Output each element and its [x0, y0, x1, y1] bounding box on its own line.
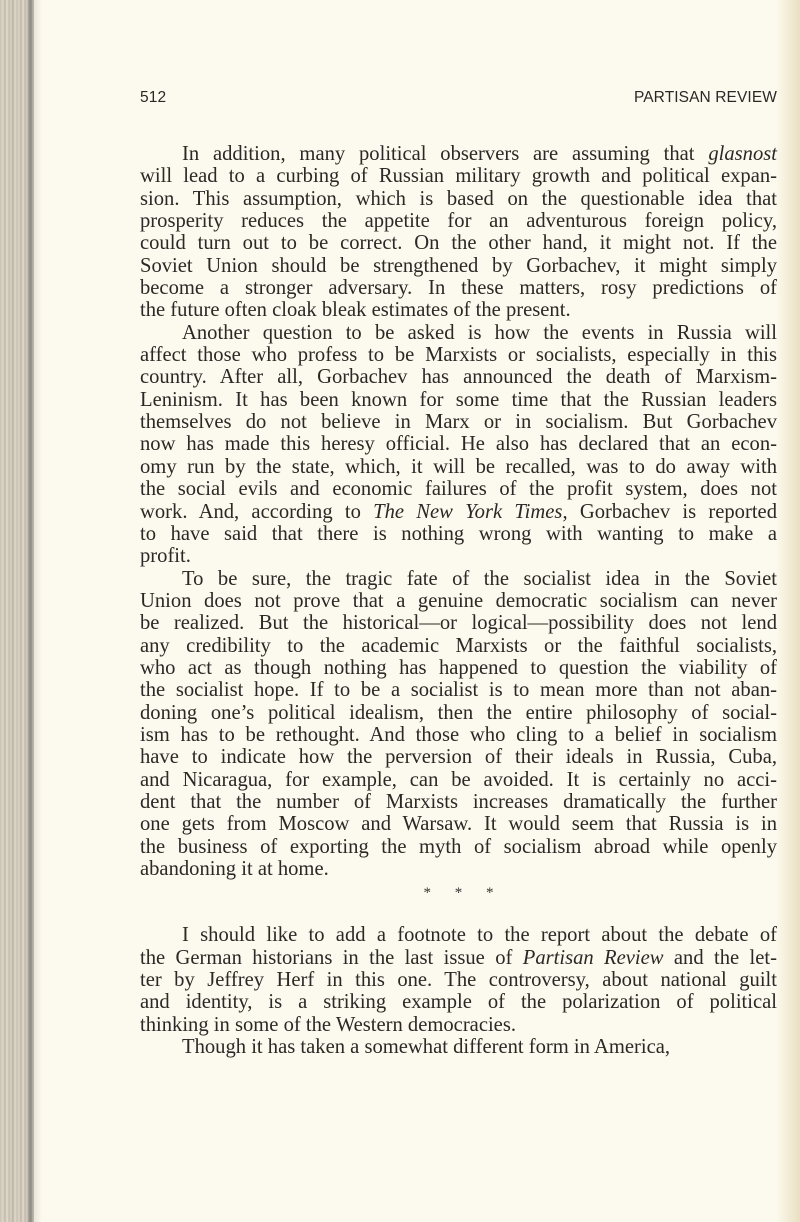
text-run: Soviet Union should be strengthened by G…: [140, 255, 777, 277]
text-line: and Nicaragua, for example, can be avoid…: [140, 769, 777, 791]
text-run: doning one’s political idealism, then th…: [140, 702, 777, 724]
text-run: I should like to add a footnote to the r…: [182, 924, 777, 946]
text-run: profit.: [140, 545, 191, 567]
text-run: Leninism. It has been known for some tim…: [140, 389, 777, 411]
text-run: the future often cloak bleak estimates o…: [140, 299, 571, 321]
text-run: , Gorbachev is reported: [562, 501, 777, 523]
paragraph: In addition, many political observers ar…: [140, 143, 777, 322]
text-run: could turn out to be correct. On the oth…: [140, 232, 777, 254]
text-line: sion. This assumption, which is based on…: [140, 188, 777, 210]
text-line: prosperity reduces the appetite for an a…: [140, 210, 777, 232]
page-number: 512: [140, 89, 166, 107]
article-body: In addition, many political observers ar…: [140, 143, 777, 1058]
paragraph: To be sure, the tragic fate of the socia…: [140, 568, 777, 881]
text-line: any credibility to the academic Marxists…: [140, 635, 777, 657]
text-line: thinking in some of the Western democrac…: [140, 1014, 777, 1036]
italic-title: glasnost: [708, 143, 777, 165]
paragraph: I should like to add a footnote to the r…: [140, 924, 777, 1036]
text-run: Another question to be asked is how the …: [182, 322, 777, 344]
text-run: the business of exporting the myth of so…: [140, 836, 777, 858]
text-line: now has made this heresy official. He al…: [140, 433, 777, 455]
text-run: have to indicate how the perversion of t…: [140, 746, 777, 768]
text-run: the social evils and economic failures o…: [140, 478, 777, 500]
text-run: omy run by the state, which, it will be …: [140, 456, 777, 478]
text-run: any credibility to the academic Marxists…: [140, 635, 777, 657]
text-line: dent that the number of Marxists increas…: [140, 791, 777, 813]
text-line: ism has to be rethought. And those who c…: [140, 724, 777, 746]
text-line: omy run by the state, which, it will be …: [140, 456, 777, 478]
text-line: Leninism. It has been known for some tim…: [140, 389, 777, 411]
text-run: country. After all, Gorbachev has announ…: [140, 366, 777, 388]
text-run: the German historians in the last issue …: [140, 947, 523, 969]
text-line: Another question to be asked is how the …: [140, 322, 777, 344]
text-run: will lead to a curbing of Russian milita…: [140, 165, 777, 187]
text-run: Union does not prove that a genuine demo…: [140, 590, 777, 612]
text-line: abandoning it at home.: [140, 858, 777, 880]
text-line: have to indicate how the perversion of t…: [140, 746, 777, 768]
text-run: who act as though nothing has happened t…: [140, 657, 777, 679]
text-line: themselves do not believe in Marx or in …: [140, 411, 777, 433]
text-line: doning one’s political idealism, then th…: [140, 702, 777, 724]
italic-title: Partisan Review: [523, 947, 664, 969]
paragraph: Another question to be asked is how the …: [140, 322, 777, 568]
text-line: who act as though nothing has happened t…: [140, 657, 777, 679]
text-run: affect those who profess to be Marxists …: [140, 344, 777, 366]
text-run: sion. This assumption, which is based on…: [140, 188, 777, 210]
text-run: and the let-: [664, 947, 777, 969]
text-run: Though it has taken a somewhat different…: [182, 1036, 670, 1058]
text-run: and identity, is a striking example of t…: [140, 991, 777, 1013]
text-line: Though it has taken a somewhat different…: [140, 1036, 777, 1058]
text-run: prosperity reduces the appetite for an a…: [140, 210, 777, 232]
text-line: the socialist hope. If to be a socialist…: [140, 679, 777, 701]
text-line: ter by Jeffrey Herf in this one. The con…: [140, 969, 777, 991]
text-line: work. And, according to The New York Tim…: [140, 501, 777, 523]
journal-title: PARTISAN REVIEW: [634, 89, 777, 107]
gutter-shadow: [34, 0, 42, 1222]
text-line: the business of exporting the myth of so…: [140, 836, 777, 858]
text-line: Union does not prove that a genuine demo…: [140, 590, 777, 612]
text-line: country. After all, Gorbachev has announ…: [140, 366, 777, 388]
text-line: I should like to add a footnote to the r…: [140, 924, 777, 946]
text-line: the social evils and economic failures o…: [140, 478, 777, 500]
text-line: Soviet Union should be strengthened by G…: [140, 255, 777, 277]
text-run: now has made this heresy official. He al…: [140, 433, 777, 455]
text-line: affect those who profess to be Marxists …: [140, 344, 777, 366]
text-line: the future often cloak bleak estimates o…: [140, 299, 777, 321]
text-run: work. And, according to: [140, 501, 373, 523]
text-run: one gets from Moscow and Warsaw. It woul…: [140, 813, 777, 835]
text-run: to have said that there is nothing wrong…: [140, 523, 777, 545]
paragraph: Though it has taken a somewhat different…: [140, 1036, 777, 1058]
text-line: could turn out to be correct. On the oth…: [140, 232, 777, 254]
section-break-ornament: * * *: [140, 880, 777, 924]
text-run: become a stronger adversary. In these ma…: [140, 277, 777, 299]
text-line: In addition, many political observers ar…: [140, 143, 777, 165]
text-line: will lead to a curbing of Russian milita…: [140, 165, 777, 187]
text-line: become a stronger adversary. In these ma…: [140, 277, 777, 299]
text-run: themselves do not believe in Marx or in …: [140, 411, 777, 433]
text-run: In addition, many political observers ar…: [182, 143, 708, 165]
text-run: ism has to be rethought. And those who c…: [140, 724, 777, 746]
book-page-edges: [0, 0, 34, 1222]
text-line: the German historians in the last issue …: [140, 947, 777, 969]
right-page-edge: [776, 0, 800, 1222]
text-run: be realized. But the historical—or logic…: [140, 612, 777, 634]
text-run: To be sure, the tragic fate of the socia…: [182, 568, 777, 590]
text-line: to have said that there is nothing wrong…: [140, 523, 777, 545]
italic-title: The New York Times: [373, 501, 562, 523]
text-line: and identity, is a striking example of t…: [140, 991, 777, 1013]
text-run: ter by Jeffrey Herf in this one. The con…: [140, 969, 777, 991]
text-run: dent that the number of Marxists increas…: [140, 791, 777, 813]
text-run: thinking in some of the Western democrac…: [140, 1014, 516, 1036]
text-line: To be sure, the tragic fate of the socia…: [140, 568, 777, 590]
text-run: abandoning it at home.: [140, 858, 329, 880]
running-head: 512 PARTISAN REVIEW: [140, 89, 777, 107]
text-line: profit.: [140, 545, 777, 567]
text-line: one gets from Moscow and Warsaw. It woul…: [140, 813, 777, 835]
text-run: and Nicaragua, for example, can be avoid…: [140, 769, 777, 791]
text-run: the socialist hope. If to be a socialist…: [140, 679, 777, 701]
text-line: be realized. But the historical—or logic…: [140, 612, 777, 634]
